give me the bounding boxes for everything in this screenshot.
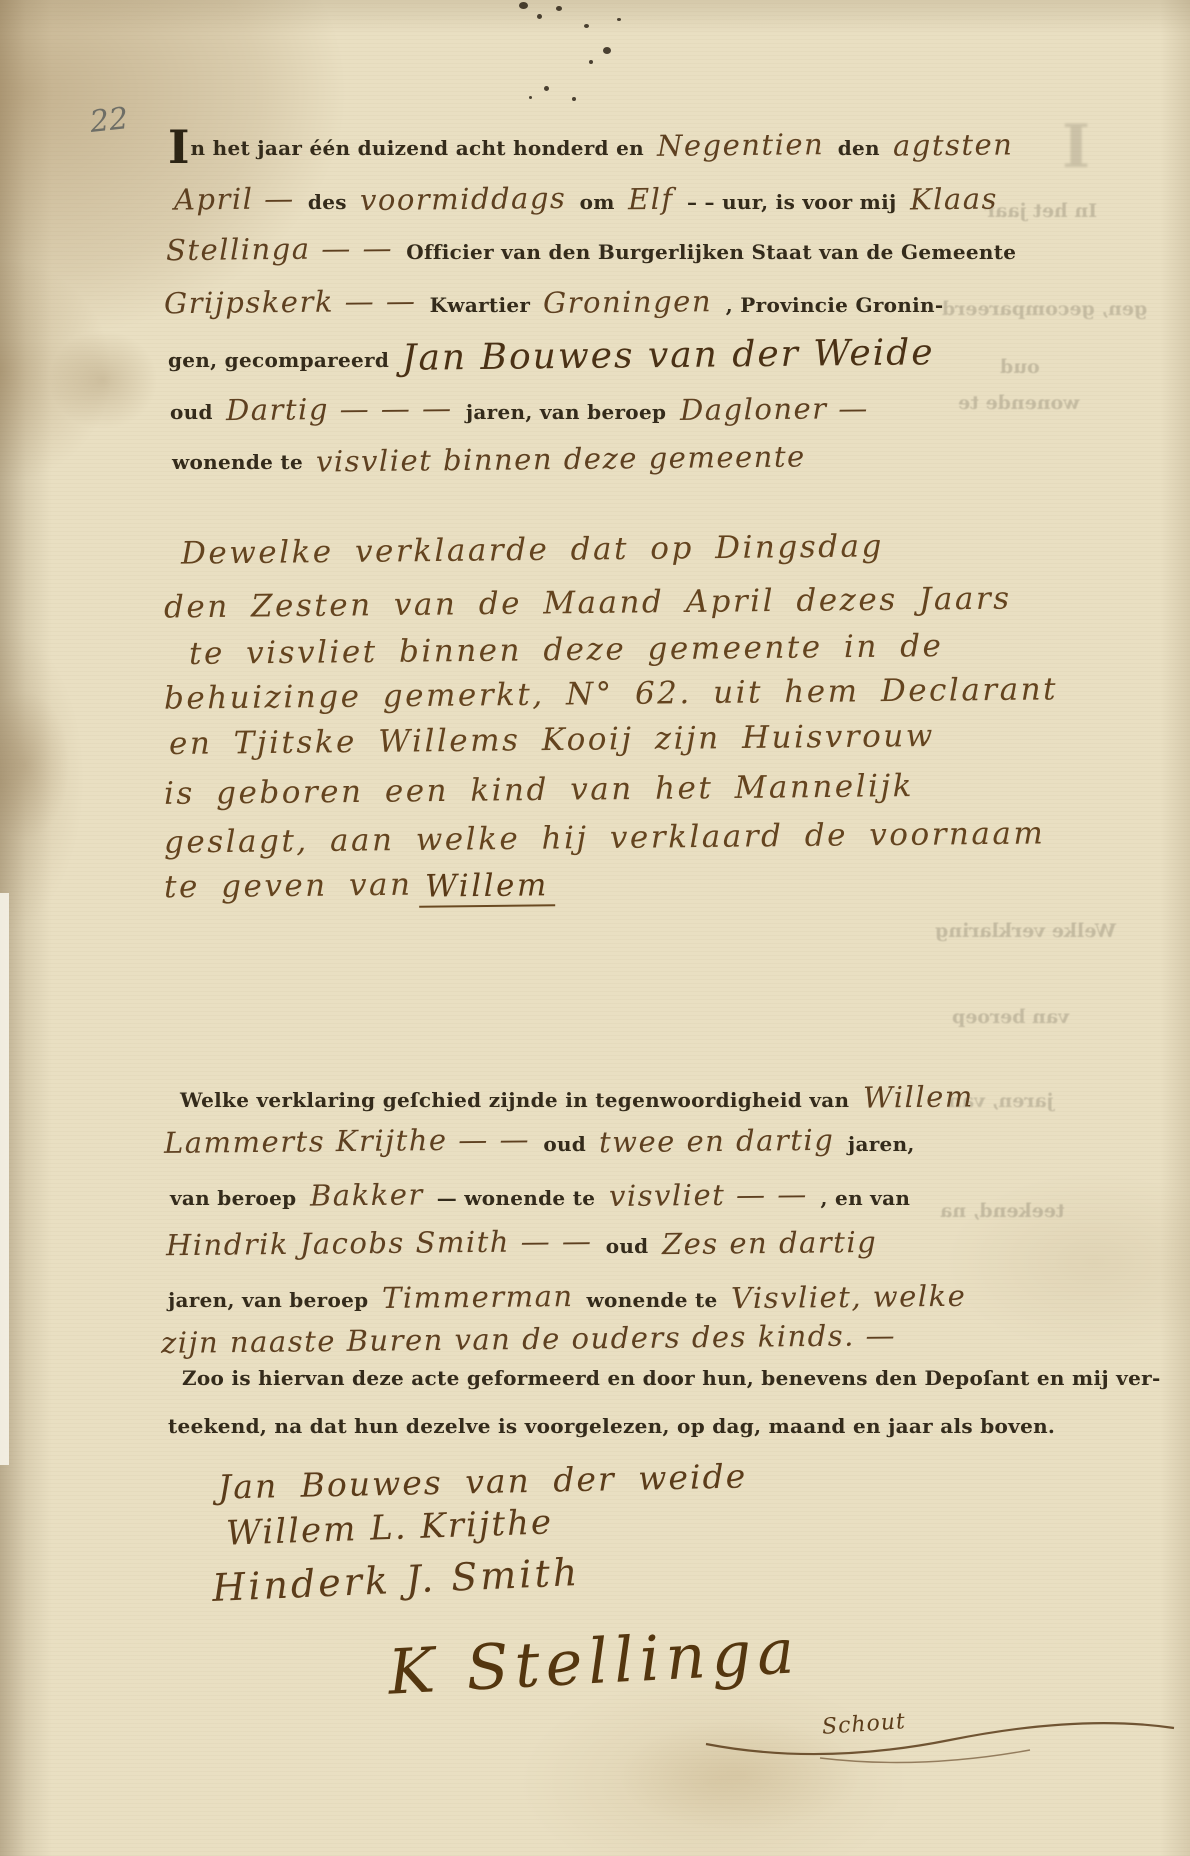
act-line-17: Lammerts Krijthe — — oud twee en dartig … [158, 1124, 915, 1158]
handwritten-text: behuizinge gemerkt, N° 62. uit hem Decla… [158, 671, 1064, 716]
handwritten-text: Bakker [303, 1177, 429, 1212]
bleedthrough-fragment: gen, gecompareerd [942, 298, 1147, 320]
printed-text: wonende te [172, 450, 310, 474]
printed-text: den [830, 136, 887, 160]
printed-text: van beroep [170, 1186, 304, 1210]
printed-text: wonende te [579, 1288, 725, 1312]
handwritten-text: Dartig — — — [220, 391, 459, 427]
act-line-3: Stellinga — — Officier van den Burgerlij… [160, 232, 1016, 266]
document-page: I In het jaar gen, gecompareerd oud wone… [0, 0, 1190, 1856]
printed-text: om [572, 190, 622, 214]
ink-speckle [556, 6, 562, 11]
handwritten-text: den Zesten van de Maand April dezes Jaar… [158, 581, 1018, 626]
handwritten-text: Lammerts Krijthe — — [158, 1122, 536, 1160]
handwritten-text: visvliet — — [602, 1177, 813, 1213]
handwritten-text: Dagloner — [673, 391, 874, 427]
act-line-9: den Zesten van de Maand April dezes Jaar… [158, 585, 1018, 621]
act-line-13: is geboren een kind van het Mannelijk [158, 772, 920, 808]
act-line-8: Dewelke verklaarde dat op Dingsdag [175, 532, 890, 568]
printed-text: oud [536, 1132, 593, 1156]
act-line-10: te visvliet binnen deze gemeente in de [183, 632, 949, 668]
printed-text: Officier van den Burgerlijken Staat van … [399, 240, 1016, 264]
handwritten-text: voormiddags [354, 181, 573, 217]
handwritten-text: agtsten [887, 127, 1020, 162]
act-line-22: Zoo is hiervan deze acte geformeerd en d… [182, 1366, 1161, 1390]
act-line-18: van beroep Bakker — wonende te visvliet … [170, 1178, 910, 1212]
handwritten-text: April — [168, 181, 301, 216]
bleedthrough-fragment: wonende te [958, 392, 1080, 414]
printed-text: jaren, [841, 1132, 915, 1156]
act-line-16: Welke verklaring geſchied zijnde in tege… [180, 1080, 979, 1114]
handwritten-text: Hindrik Jacobs Smith — — [160, 1224, 599, 1263]
act-line-23: teekend, na dat hun dezelve is voorgelez… [168, 1414, 1055, 1438]
bleedthrough-fragment: van beroep [952, 1006, 1069, 1028]
handwritten-text: te geven van [158, 867, 419, 906]
signature-jan-bouwes: Jan Bouwes van der weide [218, 1456, 748, 1506]
bleedthrough-fragment: I [1062, 112, 1090, 182]
printed-text: gen, gecompareerd [168, 348, 396, 372]
signature-k-stellinga: K Stellinga [386, 1614, 801, 1708]
handwritten-text: Willem [418, 867, 554, 907]
handwritten-text: Grijpskerk — — [158, 284, 423, 321]
handwritten-text: Timmerman [375, 1279, 579, 1315]
printed-text: — wonende te [429, 1186, 602, 1210]
handwritten-text: Negentien [651, 127, 831, 163]
handwritten-text: Zes en dartig [656, 1225, 884, 1261]
act-line-15: te geven van Willem [158, 868, 554, 907]
act-line-21: zijn naaste Buren van de ouders des kind… [155, 1322, 902, 1356]
handwritten-text: geslagt, aan welke hij verklaard de voor… [158, 815, 1052, 860]
handwritten-text: zijn naaste Buren van de ouders des kind… [155, 1318, 902, 1360]
printed-text: teekend, na dat hun dezelve is voorgelez… [168, 1414, 1055, 1438]
ink-speckle [529, 96, 532, 99]
act-line-1: In het jaar één duizend acht honderd en … [168, 128, 1020, 163]
ink-speckle [544, 86, 549, 91]
act-line-6: oud Dartig — — — jaren, van beroep Daglo… [170, 392, 874, 426]
ink-speckle [589, 60, 593, 64]
printed-text: jaren, van beroep [459, 400, 674, 424]
act-line-20: jaren, van beroep Timmerman wonende te V… [168, 1280, 972, 1314]
handwritten-text: Jan Bouwes van der Weide [396, 332, 941, 379]
handwritten-text: visvliet binnen deze gemeente [310, 439, 812, 478]
printed-text: oud [170, 400, 220, 424]
act-line-5: gen, gecompareerd Jan Bouwes van der Wei… [168, 335, 941, 376]
ink-speckle [572, 97, 576, 101]
printed-text: oud [598, 1234, 655, 1258]
printed-text: n het jaar één duizend acht honderd en [191, 136, 652, 160]
handwritten-text: en Tjitske Willems Kooij zijn Huisvrouw [163, 718, 941, 762]
handwritten-text: is geboren een kind van het Mannelijk [158, 768, 920, 812]
signature-willem-krijthe: Willem L. Krijthe [225, 1502, 553, 1553]
printed-text: I [168, 120, 191, 174]
act-line-12: en Tjitske Willems Kooij zijn Huisvrouw [163, 722, 941, 758]
ink-speckle [584, 24, 589, 28]
handwritten-text: Dewelke verklaarde dat op Dingsdag [175, 528, 890, 571]
act-line-11: behuizinge gemerkt, N° 62. uit hem Decla… [158, 676, 1064, 712]
handwritten-text: Klaas [904, 181, 1004, 216]
act-line-19: Hindrik Jacobs Smith — — oud Zes en dart… [160, 1226, 883, 1260]
page-number: 22 [88, 101, 130, 140]
handwritten-text: twee en dartig [593, 1123, 841, 1160]
printed-text: Zoo is hiervan deze acte geformeerd en d… [182, 1366, 1161, 1390]
act-line-4: Grijpskerk — — Kwartier Groningen , Prov… [158, 285, 943, 319]
handwritten-text: Elf [622, 182, 680, 217]
printed-text: Welke verklaring geſchied zijnde in tege… [180, 1088, 857, 1112]
handwritten-text: Groningen [537, 284, 718, 320]
printed-text: – – uur, is voor mij [680, 190, 904, 214]
ink-speckle [519, 2, 528, 9]
paper-stain [0, 690, 70, 840]
handwritten-text: Stellinga — — [160, 231, 399, 268]
ink-speckle [537, 14, 542, 19]
signature-hinderk-smith: Hinderk J. Smith [211, 1550, 581, 1610]
printed-text: jaren, van beroep [168, 1288, 376, 1312]
act-line-14: geslagt, aan welke hij verklaard de voor… [158, 820, 1051, 856]
printed-text: Kwartier [422, 293, 537, 317]
bleedthrough-fragment: Welke verklaring [935, 920, 1116, 942]
handwritten-text: te visvliet binnen deze gemeente in de [183, 628, 950, 672]
printed-text: des [301, 190, 354, 214]
bleedthrough-fragment: oud [1000, 356, 1040, 378]
act-line-7: wonende te visvliet binnen deze gemeente [172, 442, 812, 476]
printed-text: , en van [813, 1186, 910, 1210]
ink-speckle [603, 47, 611, 54]
handwritten-text: Willem [856, 1079, 979, 1114]
act-line-2: April — des voormiddags om Elf – – uur, … [168, 182, 1004, 216]
signature-flourish [700, 1700, 1180, 1770]
ink-speckle [617, 18, 621, 21]
paper-stain [48, 330, 158, 430]
handwritten-text: Visvliet, welke [725, 1279, 973, 1316]
printed-text: , Provincie Gronin- [719, 293, 944, 317]
bleedthrough-fragment: teekend, na [940, 1200, 1065, 1222]
scan-edge-strip [0, 893, 9, 1465]
